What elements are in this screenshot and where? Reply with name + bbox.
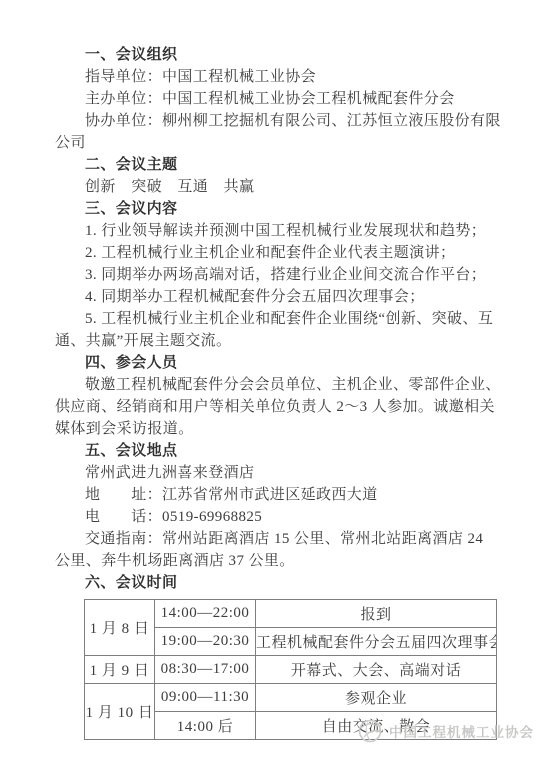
content-item-2: 2. 工程机械行业主机企业和配套件企业代表主题演讲； xyxy=(55,242,502,264)
schedule-time: 09:00—11:30 xyxy=(155,684,256,712)
schedule-event: 开幕式、大会、高端对话 xyxy=(256,656,497,684)
ccma-globe-logo-icon xyxy=(358,719,382,743)
schedule-date-jan9: 1 月 9 日 xyxy=(85,656,155,684)
line-guidance-unit: 指导单位：中国工程机械工业协会 xyxy=(55,66,502,88)
scanned-document-page: 一、会议组织 指导单位：中国工程机械工业协会 主办单位：中国工程机械工业协会工程… xyxy=(0,0,550,758)
schedule-time: 14:00—22:00 xyxy=(155,600,256,628)
section-heading-attendees: 四、参会人员 xyxy=(55,352,502,374)
line-attendees-invitation: 敬邀工程机械配套件分会会员单位、主机企业、零部件企业、供应商、经销商和用户等相关… xyxy=(55,374,502,440)
document-body: 一、会议组织 指导单位：中国工程机械工业协会 主办单位：中国工程机械工业协会工程… xyxy=(55,44,502,740)
schedule-time: 14:00 后 xyxy=(155,712,256,740)
line-hotel-address: 地 址：江苏省常州市武进区延政西大道 xyxy=(55,484,502,506)
line-hotel-phone: 电 话：0519-69968825 xyxy=(55,506,502,528)
watermark-org-name: 中国工程机械工业协会 xyxy=(389,721,534,741)
line-hotel-name: 常州武进九洲喜来登酒店 xyxy=(55,462,502,484)
section-heading-content: 三、会议内容 xyxy=(55,198,502,220)
line-transport-guide: 交通指南：常州站距离酒店 15 公里、常州北站距离酒店 24 公里、奔牛机场距离… xyxy=(55,528,502,572)
line-host-unit: 主办单位：中国工程机械工业协会工程机械配套件分会 xyxy=(55,88,502,110)
content-item-4: 4. 同期举办工程机械配套件分会五届四次理事会； xyxy=(55,286,502,308)
schedule-event: 工程机械配套件分会五届四次理事会 xyxy=(256,628,497,656)
line-cohost-unit: 协办单位：柳州柳工挖掘机有限公司、江苏恒立液压股份有限公司 xyxy=(55,110,502,154)
content-item-5: 5. 工程机械行业主机企业和配套件企业围绕“创新、突破、互通、共赢”开展主题交流… xyxy=(55,308,502,352)
section-heading-organization: 一、会议组织 xyxy=(55,44,502,66)
watermark-footer: 中国工程机械工业协会 xyxy=(358,719,534,743)
table-row: 1 月 8 日 14:00—22:00 报到 xyxy=(85,600,497,628)
section-heading-schedule: 六、会议时间 xyxy=(55,572,502,594)
schedule-event: 参观企业 xyxy=(256,684,497,712)
section-heading-theme: 二、会议主题 xyxy=(55,154,502,176)
schedule-date-jan10: 1 月 10 日 xyxy=(85,684,155,740)
content-item-3: 3. 同期举办两场高端对话，搭建行业企业间交流合作平台； xyxy=(55,264,502,286)
table-row: 1 月 10 日 09:00—11:30 参观企业 xyxy=(85,684,497,712)
schedule-date-jan8: 1 月 8 日 xyxy=(85,600,155,656)
content-item-1: 1. 行业领导解读并预测中国工程机械行业发展现状和趋势； xyxy=(55,220,502,242)
schedule-event: 报到 xyxy=(256,600,497,628)
table-row: 1 月 9 日 08:30—17:00 开幕式、大会、高端对话 xyxy=(85,656,497,684)
section-heading-venue: 五、会议地点 xyxy=(55,440,502,462)
schedule-time: 08:30—17:00 xyxy=(155,656,256,684)
line-theme-keywords: 创新 突破 互通 共赢 xyxy=(55,176,502,198)
schedule-time: 19:00—20:30 xyxy=(155,628,256,656)
